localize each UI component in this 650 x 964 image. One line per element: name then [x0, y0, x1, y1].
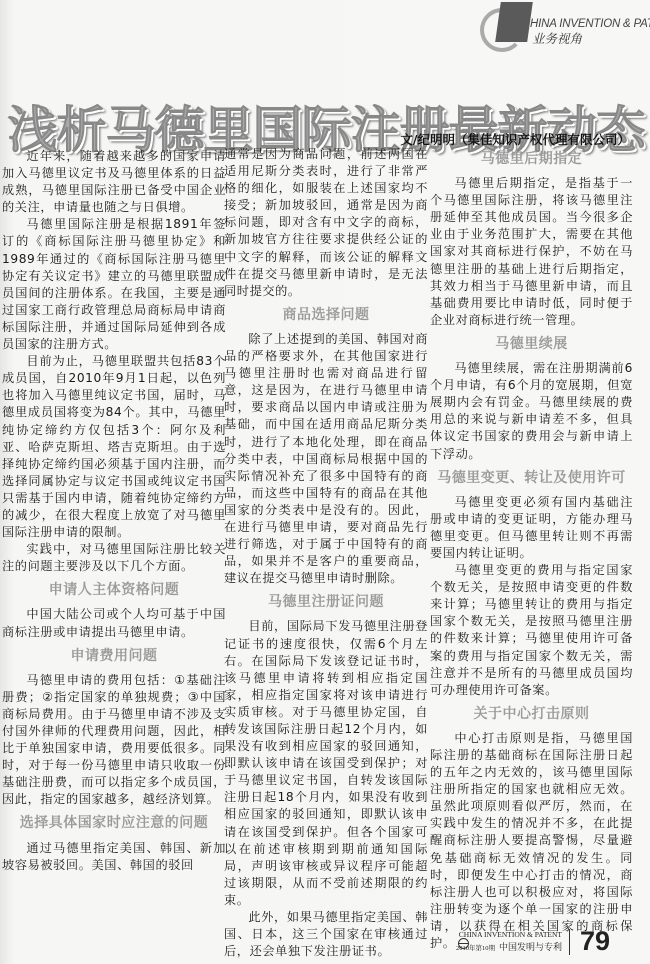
journal-name-en: CHINA INVENTION & PATENT — [459, 930, 562, 939]
paragraph: 马德里变更必须有国内基础注册或申请的变更证明，方能办理马德里变更。但马德里转让则… — [430, 494, 633, 562]
section-heading: 申请费用问题 — [2, 648, 226, 665]
paragraph: 目前，国际局下发马德里注册登记证书的速度很快，仅需6个月左右。在国际局下发该登记… — [224, 618, 428, 909]
page-footer: CHINA INVENTION & PATENT 2010年第10期中国发明与专… — [490, 930, 650, 960]
paragraph: 马德里申请的费用包括：①基础注册费；②指定国家的单独规费；③中国商标局费用。由于… — [2, 672, 226, 809]
logo-bar-graphic — [495, 2, 533, 42]
paragraph: 此外，如果马德里指定美国、韩国、日本，这三个国家在审核通过后，还会单独下发注册证… — [224, 909, 428, 960]
paragraph: 中心打击原则是指，马德里国际注册的基础商标在国际注册日起的五年之内无效的，该马德… — [430, 730, 633, 952]
section-heading: 马德里变更、转让及使用许可 — [430, 470, 633, 487]
paragraph: 马德里国际注册是根据1891年签订的《商标国际注册马德里协定》和1989年通过的… — [2, 216, 226, 353]
footer-divider — [569, 929, 571, 955]
issue-number: 2010年第10期 — [456, 945, 495, 952]
journal-logo: HINA INVENTION & PATENTip 业务视角 — [470, 2, 650, 50]
section-heading: 马德里后期指定 — [430, 151, 633, 168]
page-number: 79 — [580, 926, 610, 957]
paragraph: 马德里续展，需在注册期满前6个月申请，有6个月的宽展期，但宽展期内会有罚金。马德… — [430, 360, 633, 463]
section-label: 业务视角 — [532, 29, 582, 47]
journal-issue: 2010年第10期中国发明与专利 — [456, 940, 562, 953]
section-heading: 商品选择问题 — [224, 307, 428, 324]
paragraph: 除了上述提到的美国、韩国对商品的严格要求外，在其他国家进行马德里注册时也需对商品… — [224, 331, 428, 587]
section-heading: 选择具体国家时应注意的问题 — [2, 815, 226, 832]
paragraph: 近年来，随着越来越多的国家申请加入马德里议定书及马德里体系的日益成熟，马德里国际… — [2, 148, 226, 216]
paragraph: 马德里后期指定，是指基于一个马德里国际注册，将该马德里注册延伸至其他成员国。当今… — [430, 175, 633, 329]
text-column-1: 近年来，随着越来越多的国家申请加入马德里议定书及马德里体系的日益成熟，马德里国际… — [2, 148, 226, 874]
paragraph: 中国大陆公司或个人均可基于中国商标注册或申请提出马德里申请。 — [2, 606, 226, 640]
text-column-3: 马德里后期指定 马德里后期指定，是指基于一个马德里国际注册，将该马德里注册延伸至… — [430, 144, 633, 952]
text-column-2: 通常是因为商品问题，前述两国在适用尼斯分类表时，进行了非常严格的细化，如服装在上… — [224, 146, 428, 960]
paragraph: 目前为止，马德里联盟共包括83个成员国，自2010年9月1日起，以色列也将加入马… — [2, 353, 226, 541]
paragraph: 马德里变更的费用与指定国家个数无关，是按照申请变更的件数来计算；马德里转让的费用… — [430, 562, 633, 699]
paragraph: 实践中，对马德里国际注册比较关注的问题主要涉及以下几个方面。 — [2, 541, 226, 575]
section-heading: 马德里注册证问题 — [224, 594, 428, 611]
paragraph: 通常是因为商品问题，前述两国在适用尼斯分类表时，进行了非常严格的细化，如服装在上… — [224, 146, 428, 300]
section-heading: 马德里续展 — [430, 336, 633, 353]
section-heading: 申请人主体资格问题 — [2, 582, 226, 599]
journal-name-cn: 中国发明与专利 — [499, 943, 562, 953]
section-heading: 关于中心打击原则 — [430, 706, 633, 723]
magazine-page: HINA INVENTION & PATENTip 业务视角 浅析马德里国际注册… — [0, 0, 650, 964]
paragraph: 通过马德里指定美国、韩国、新加坡容易被驳回。美国、韩国的驳回 — [2, 840, 226, 874]
